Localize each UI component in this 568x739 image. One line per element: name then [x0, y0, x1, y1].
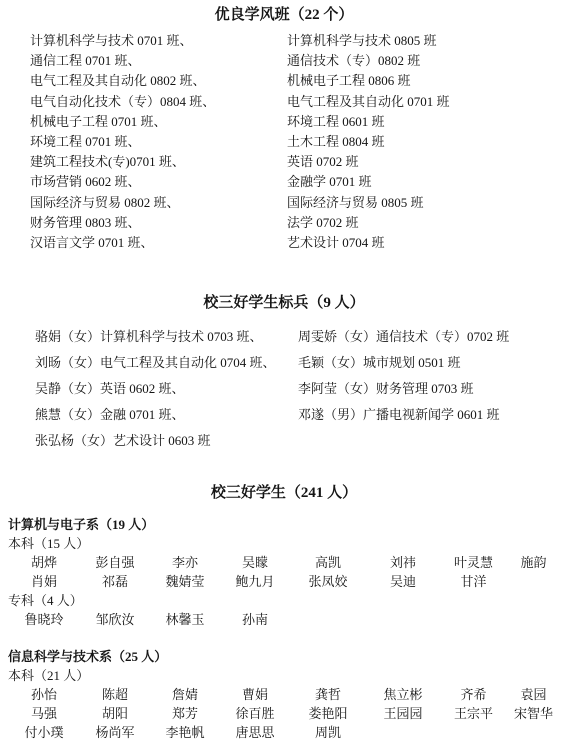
student-name: 唐思思 — [220, 723, 290, 739]
student-name: 焦立彬 — [366, 685, 440, 704]
student-name-row: 孙怡陈超詹婧曹娟龚哲焦立彬齐希袁园 — [8, 685, 560, 704]
student-name: 张凤姣 — [290, 572, 366, 591]
pacesetter-item: 李阿莹（女）财务管理 0703 班 — [298, 376, 568, 402]
class-item: 机械电子工程 0701 班、 — [30, 112, 287, 132]
student-name: 徐百胜 — [220, 704, 290, 723]
student-name: 鲍九月 — [220, 572, 290, 591]
student-name: 胡烨 — [8, 553, 80, 572]
student-name: 杨尚军 — [80, 723, 150, 739]
empty-cell — [507, 610, 560, 629]
student-name: 吴矇 — [220, 553, 290, 572]
student-name: 袁园 — [507, 685, 560, 704]
student-name: 施韵 — [507, 553, 560, 572]
class-item: 建筑工程技术(专)0701 班、 — [30, 152, 287, 172]
award-document-page: 优良学风班（22 个） 计算机科学与技术 0701 班、通信工程 0701 班、… — [0, 0, 568, 739]
pacesetter-item: 刘旸（女）电气工程及其自动化 0704 班、 — [35, 350, 298, 376]
pacesetters-left-column: 骆娟（女）计算机科学与技术 0703 班、刘旸（女）电气工程及其自动化 0704… — [35, 324, 298, 454]
pacesetter-item: 吴静（女）英语 0602 班、 — [35, 376, 298, 402]
student-name: 宋智华 — [507, 704, 560, 723]
excellent-classes-left-column: 计算机科学与技术 0701 班、通信工程 0701 班、电气工程及其自动化 08… — [30, 31, 287, 253]
class-item: 通信技术（专）0802 班 — [287, 51, 568, 71]
student-name: 叶灵慧 — [440, 553, 507, 572]
pacesetters-list: 骆娟（女）计算机科学与技术 0703 班、刘旸（女）电气工程及其自动化 0704… — [35, 324, 568, 454]
excellent-classes-list: 计算机科学与技术 0701 班、通信工程 0701 班、电气工程及其自动化 08… — [30, 31, 568, 253]
student-name-row: 马强胡阳郑芳徐百胜娄艳阳王园园王宗平宋智华 — [8, 704, 560, 723]
empty-cell — [290, 610, 366, 629]
empty-cell — [507, 572, 560, 591]
student-name: 刘祎 — [366, 553, 440, 572]
student-name: 曹娟 — [220, 685, 290, 704]
student-name-row: 鲁晓玲邹欣汝林馨玉孙南 — [8, 610, 560, 629]
pacesetter-item: 张弘杨（女）艺术设计 0603 班 — [35, 428, 298, 454]
class-item: 机械电子工程 0806 班 — [287, 71, 568, 91]
department-block-computer-electronics: 计算机与电子系（19 人）本科（15 人）胡烨彭自强李亦吴矇高凯刘祎叶灵慧施韵肖… — [8, 515, 560, 629]
student-name: 鲁晓玲 — [8, 610, 80, 629]
student-name: 彭自强 — [80, 553, 150, 572]
pacesetter-item: 毛颖（女）城市规划 0501 班 — [298, 350, 568, 376]
department-header: 信息科学与技术系（25 人） — [8, 647, 560, 666]
class-item: 环境工程 0701 班、 — [30, 132, 287, 152]
section-title-excellent-study-classes: 优良学风班（22 个） — [0, 5, 568, 25]
student-name: 付小璞 — [8, 723, 80, 739]
pacesetter-item: 骆娟（女）计算机科学与技术 0703 班、 — [35, 324, 298, 350]
class-item: 计算机科学与技术 0805 班 — [287, 31, 568, 51]
class-item: 英语 0702 班 — [287, 152, 568, 172]
student-name: 詹婧 — [150, 685, 220, 704]
class-item: 汉语言文学 0701 班、 — [30, 233, 287, 253]
pacesetter-item: 周雯娇（女）通信技术（专）0702 班 — [298, 324, 568, 350]
student-name: 陈超 — [80, 685, 150, 704]
department-block-information-science: 信息科学与技术系（25 人）本科（21 人）孙怡陈超詹婧曹娟龚哲焦立彬齐希袁园马… — [8, 647, 560, 739]
student-name: 邹欣汝 — [80, 610, 150, 629]
empty-cell — [440, 610, 507, 629]
student-name: 王园园 — [366, 704, 440, 723]
student-name: 甘洋 — [440, 572, 507, 591]
student-name: 李亦 — [150, 553, 220, 572]
section-title-model-student-pacesetters: 校三好学生标兵（9 人） — [0, 293, 568, 313]
class-item: 通信工程 0701 班、 — [30, 51, 287, 71]
student-name: 魏婧莹 — [150, 572, 220, 591]
class-item: 国际经济与贸易 0805 班 — [287, 193, 568, 213]
class-item: 市场营销 0602 班、 — [30, 172, 287, 192]
class-item: 计算机科学与技术 0701 班、 — [30, 31, 287, 51]
student-name: 吴迪 — [366, 572, 440, 591]
student-name: 胡阳 — [80, 704, 150, 723]
pacesetter-item: 邓遂（男）广播电视新闻学 0601 班 — [298, 402, 568, 428]
student-name: 肖娟 — [8, 572, 80, 591]
empty-cell — [366, 610, 440, 629]
group-label: 本科（15 人） — [8, 534, 560, 553]
student-name: 齐希 — [440, 685, 507, 704]
empty-cell — [366, 723, 440, 739]
student-name: 周凯 — [290, 723, 366, 739]
class-item: 金融学 0701 班 — [287, 172, 568, 192]
student-name: 孙南 — [220, 610, 290, 629]
student-name: 娄艳阳 — [290, 704, 366, 723]
class-item: 艺术设计 0704 班 — [287, 233, 568, 253]
class-item: 法学 0702 班 — [287, 213, 568, 233]
student-name: 祁磊 — [80, 572, 150, 591]
class-item: 财务管理 0803 班、 — [30, 213, 287, 233]
empty-cell — [440, 723, 507, 739]
student-name: 高凯 — [290, 553, 366, 572]
class-item: 国际经济与贸易 0802 班、 — [30, 193, 287, 213]
class-item: 电气工程及其自动化 0701 班 — [287, 92, 568, 112]
group-label: 本科（21 人） — [8, 666, 560, 685]
student-name: 郑芳 — [150, 704, 220, 723]
department-header: 计算机与电子系（19 人） — [8, 515, 560, 534]
student-name: 孙怡 — [8, 685, 80, 704]
class-item: 环境工程 0601 班 — [287, 112, 568, 132]
student-name: 林馨玉 — [150, 610, 220, 629]
student-name-row: 付小璞杨尚军李艳帆唐思思周凯 — [8, 723, 560, 739]
student-name: 龚哲 — [290, 685, 366, 704]
student-name-row: 胡烨彭自强李亦吴矇高凯刘祎叶灵慧施韵 — [8, 553, 560, 572]
student-name: 马强 — [8, 704, 80, 723]
excellent-classes-right-column: 计算机科学与技术 0805 班通信技术（专）0802 班机械电子工程 0806 … — [287, 31, 568, 253]
student-name: 王宗平 — [440, 704, 507, 723]
student-name: 李艳帆 — [150, 723, 220, 739]
class-item: 土木工程 0804 班 — [287, 132, 568, 152]
group-label: 专科（4 人） — [8, 591, 560, 610]
section-title-merit-students: 校三好学生（241 人） — [0, 483, 568, 503]
class-item: 电气自动化技术（专）0804 班、 — [30, 92, 287, 112]
pacesetters-right-column: 周雯娇（女）通信技术（专）0702 班毛颖（女）城市规划 0501 班李阿莹（女… — [298, 324, 568, 454]
class-item: 电气工程及其自动化 0802 班、 — [30, 71, 287, 91]
pacesetter-item: 熊慧（女）金融 0701 班、 — [35, 402, 298, 428]
student-name-row: 肖娟祁磊魏婧莹鲍九月张凤姣吴迪甘洋 — [8, 572, 560, 591]
empty-cell — [507, 723, 560, 739]
